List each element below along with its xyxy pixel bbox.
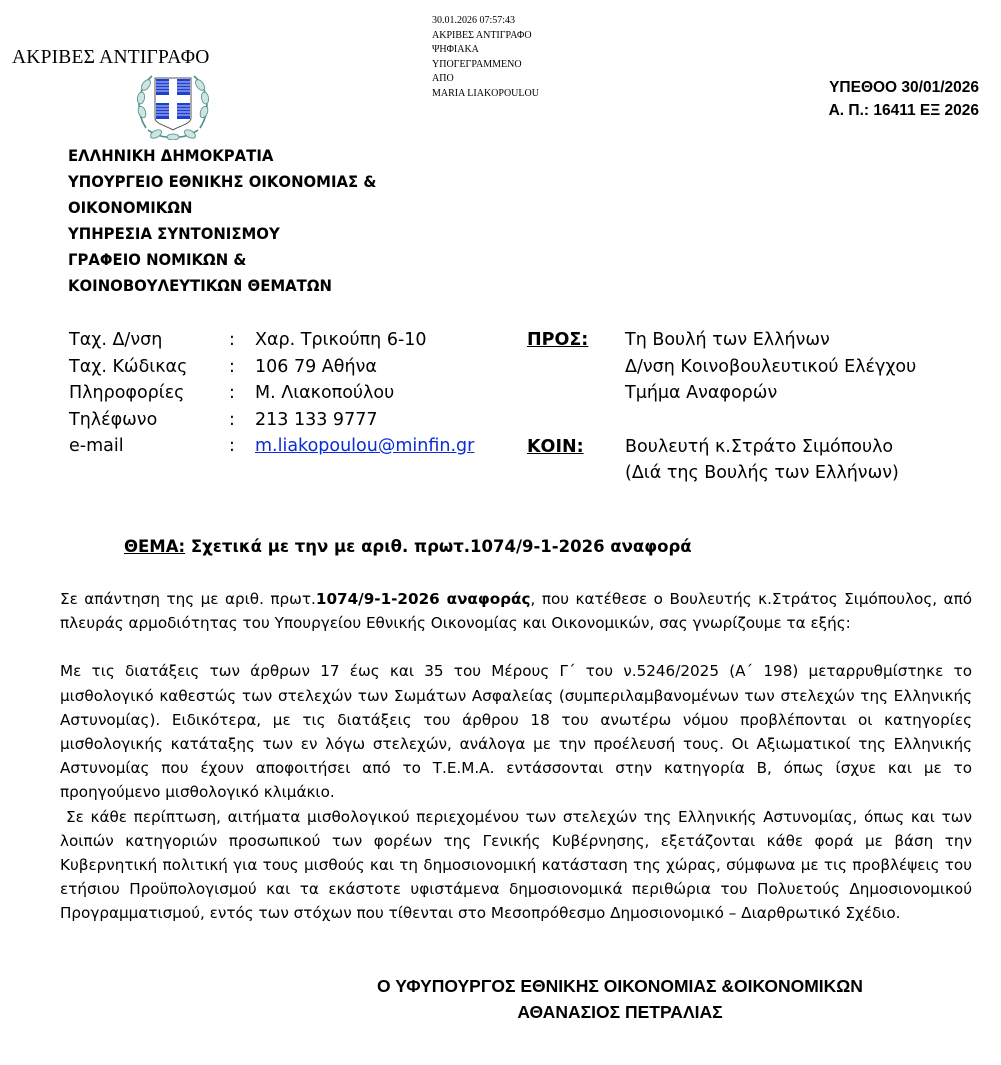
contact-row-phone: Τηλέφωνο : 213 133 9777: [69, 407, 474, 434]
label-spacer: [527, 354, 625, 381]
contact-value: 106 79 Αθήνα: [255, 354, 377, 381]
contact-colon: :: [229, 407, 255, 434]
contact-value: 213 133 9777: [255, 407, 377, 434]
recipient-line: Τμήμα Αναφορών: [625, 380, 777, 407]
signature-timestamp: 30.01.2026 07:57:43: [432, 14, 539, 29]
recipient-cc-row: (Διά της Βουλής των Ελλήνων): [527, 460, 916, 487]
signature-line: ΑΚΡΙΒΕΣ ΑΝΤΙΓΡΑΦΟ: [432, 29, 539, 44]
issuing-authority: ΕΛΛΗΝΙΚΗ ΔΗΜΟΚΡΑΤΙΑ ΥΠΟΥΡΓΕΙΟ ΕΘΝΙΚΗΣ ΟΙ…: [68, 143, 376, 299]
body-text: Σε απάντηση της με αριθ. πρωτ.: [60, 590, 316, 608]
recipient-line: Τη Βουλή των Ελλήνων: [625, 327, 830, 354]
subject-text: Σχετικά με την με αριθ. πρωτ.1074/9-1-20…: [185, 537, 692, 556]
letter-body: Σε απάντηση της με αριθ. πρωτ.1074/9-1-2…: [60, 587, 972, 926]
contact-colon: :: [229, 380, 255, 407]
to-label: ΠΡΟΣ:: [527, 327, 625, 354]
label-spacer: [527, 380, 625, 407]
authority-line: ΚΟΙΝΟΒΟΥΛΕΥΤΙΚΩΝ ΘΕΜΑΤΩΝ: [68, 273, 376, 299]
authority-line: ΕΛΛΗΝΙΚΗ ΔΗΜΟΚΡΑΤΙΑ: [68, 143, 376, 169]
body-paragraph-intro: Σε απάντηση της με αριθ. πρωτ.1074/9-1-2…: [60, 587, 972, 635]
signatory-name: ΑΘΑΝΑΣΙΟΣ ΠΕΤΡΑΛΙΑΣ: [320, 999, 920, 1025]
contact-label: Ταχ. Κώδικας: [69, 354, 229, 381]
contact-label: Ταχ. Δ/νση: [69, 327, 229, 354]
contact-details: Ταχ. Δ/νση : Χαρ. Τρικούπη 6-10 Ταχ. Κώδ…: [69, 327, 474, 460]
recipients: ΠΡΟΣ: Τη Βουλή των Ελλήνων Δ/νση Κοινοβο…: [527, 327, 916, 487]
contact-colon: :: [229, 433, 255, 460]
body-paragraph-policy: Σε κάθε περίπτωση, αιτήματα μισθολογικού…: [60, 805, 972, 926]
authority-line: ΥΠΗΡΕΣΙΑ ΣΥΝΤΟΝΙΣΜΟΥ: [68, 221, 376, 247]
protocol-date: ΥΠΕΘΟΟ 30/01/2026: [829, 76, 979, 99]
recipient-cc-row: ΚΟΙΝ: Βουλευτή κ.Στράτο Σιμόπουλο: [527, 434, 916, 461]
signatory: Ο ΥΦΥΠΟΥΡΓΟΣ ΕΘΝΙΚΗΣ ΟΙΚΟΝΟΜΙΑΣ &ΟΙΚΟΝΟΜ…: [320, 973, 920, 1025]
exact-copy-stamp: ΑΚΡΙΒΕΣ ΑΝΤΙΓΡΑΦΟ: [12, 47, 210, 69]
signature-line: ΑΠΟ: [432, 72, 539, 87]
reference-number: 1074/9-1-2026 αναφοράς: [316, 590, 531, 608]
contact-label: Τηλέφωνο: [69, 407, 229, 434]
signature-line: ΨΗΦΙΑΚΑ: [432, 43, 539, 58]
contact-colon: :: [229, 354, 255, 381]
authority-line: ΟΙΚΟΝΟΜΙΚΩΝ: [68, 195, 376, 221]
contact-label: e-mail: [69, 433, 229, 460]
authority-line: ΓΡΑΦΕΙΟ ΝΟΜΙΚΩΝ &: [68, 247, 376, 273]
greek-coat-of-arms-icon: [134, 68, 212, 140]
contact-row-info: Πληροφορίες : Μ. Λιακοπούλου: [69, 380, 474, 407]
recipient-line: Βουλευτή κ.Στράτο Σιμόπουλο: [625, 434, 893, 461]
signature-line: ΥΠΟΓΕΓΡΑΜΜΕΝΟ: [432, 58, 539, 73]
subject-line: ΘΕΜΑ: Σχετικά με την με αριθ. πρωτ.1074/…: [124, 537, 692, 556]
contact-label: Πληροφορίες: [69, 380, 229, 407]
protocol-block: ΥΠΕΘΟΟ 30/01/2026 Α. Π.: 16411 ΕΞ 2026: [829, 76, 979, 122]
contact-value: Μ. Λιακοπούλου: [255, 380, 394, 407]
cc-label: ΚΟΙΝ:: [527, 434, 625, 461]
subject-label: ΘΕΜΑ:: [124, 537, 185, 556]
contact-row-address: Ταχ. Δ/νση : Χαρ. Τρικούπη 6-10: [69, 327, 474, 354]
signature-signer: MARIA LIAKOPOULOU: [432, 87, 539, 102]
digital-signature-block: 30.01.2026 07:57:43 ΑΚΡΙΒΕΣ ΑΝΤΙΓΡΑΦΟ ΨΗ…: [432, 14, 539, 101]
recipient-to-row: ΠΡΟΣ: Τη Βουλή των Ελλήνων: [527, 327, 916, 354]
recipient-to-row: Τμήμα Αναφορών: [527, 380, 916, 407]
contact-row-postcode: Ταχ. Κώδικας : 106 79 Αθήνα: [69, 354, 474, 381]
recipient-to-row: Δ/νση Κοινοβουλευτικού Ελέγχου: [527, 354, 916, 381]
body-paragraph-law: Με τις διατάξεις των άρθρων 17 έως και 3…: [60, 659, 972, 804]
contact-colon: :: [229, 327, 255, 354]
email-link[interactable]: m.liakopoulou@minfin.gr: [255, 436, 474, 456]
signatory-title: Ο ΥΦΥΠΟΥΡΓΟΣ ΕΘΝΙΚΗΣ ΟΙΚΟΝΟΜΙΑΣ &ΟΙΚΟΝΟΜ…: [320, 973, 920, 999]
label-spacer: [527, 460, 625, 487]
contact-value: m.liakopoulou@minfin.gr: [255, 433, 474, 460]
spacer: [527, 407, 916, 434]
contact-row-email: e-mail : m.liakopoulou@minfin.gr: [69, 433, 474, 460]
protocol-number: Α. Π.: 16411 ΕΞ 2026: [829, 99, 979, 122]
recipient-line: (Διά της Βουλής των Ελλήνων): [625, 460, 899, 487]
authority-line: ΥΠΟΥΡΓΕΙΟ ΕΘΝΙΚΗΣ ΟΙΚΟΝΟΜΙΑΣ &: [68, 169, 376, 195]
contact-value: Χαρ. Τρικούπη 6-10: [255, 327, 427, 354]
recipient-line: Δ/νση Κοινοβουλευτικού Ελέγχου: [625, 354, 916, 381]
